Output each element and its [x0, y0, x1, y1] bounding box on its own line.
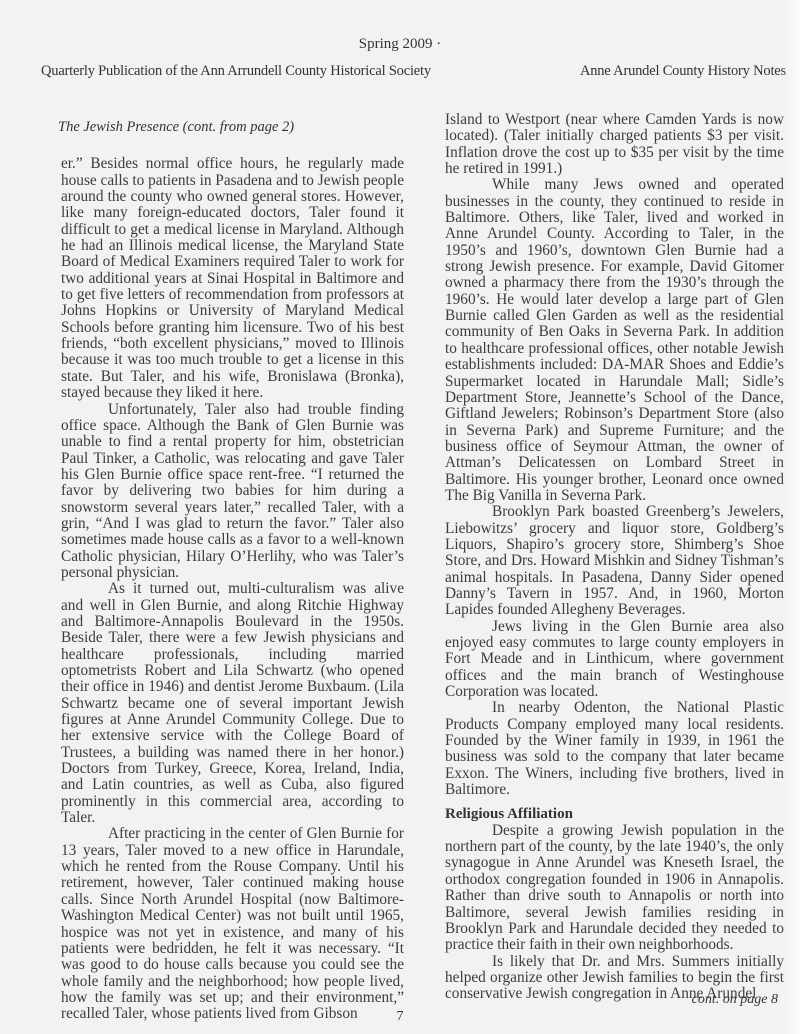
left-column: The Jewish Presence (cont. from page 2) …	[61, 119, 404, 1023]
publication-name: Quarterly Publication of the Ann Arrunde…	[41, 63, 431, 80]
newsletter-page: Spring 2009 · Quarterly Publication of t…	[0, 0, 800, 1034]
newsletter-title: Anne Arundel County History Notes	[580, 63, 786, 80]
paragraph: Unfortunately, Taler also had trouble fi…	[61, 402, 404, 582]
continued-from-label: The Jewish Presence (cont. from page 2)	[58, 119, 404, 135]
scan-edge-shading	[780, 0, 800, 1034]
paragraph: Despite a growing Jewish population in t…	[445, 823, 784, 954]
paragraph: After practicing in the center of Glen B…	[61, 826, 404, 1022]
continued-on-label: cont. on page 8	[692, 992, 778, 1008]
paragraph: In nearby Odenton, the National Plastic …	[445, 700, 784, 798]
paragraph: While many Jews owned and operated busin…	[445, 177, 784, 504]
paragraph: As it turned out, multi-culturalism was …	[61, 581, 404, 826]
right-column: Island to Westport (near where Camden Ya…	[445, 112, 784, 1003]
page-number: 7	[0, 1009, 800, 1025]
paragraph: Jews living in the Glen Burnie area also…	[445, 619, 784, 701]
section-heading: Religious Affiliation	[445, 806, 784, 822]
paragraph: Island to Westport (near where Camden Ya…	[445, 112, 784, 177]
paragraph: Brooklyn Park boasted Greenberg’s Jewele…	[445, 504, 784, 618]
issue-season: Spring 2009 ·	[0, 36, 800, 53]
paragraph: er.” Besides normal office hours, he reg…	[61, 156, 404, 401]
